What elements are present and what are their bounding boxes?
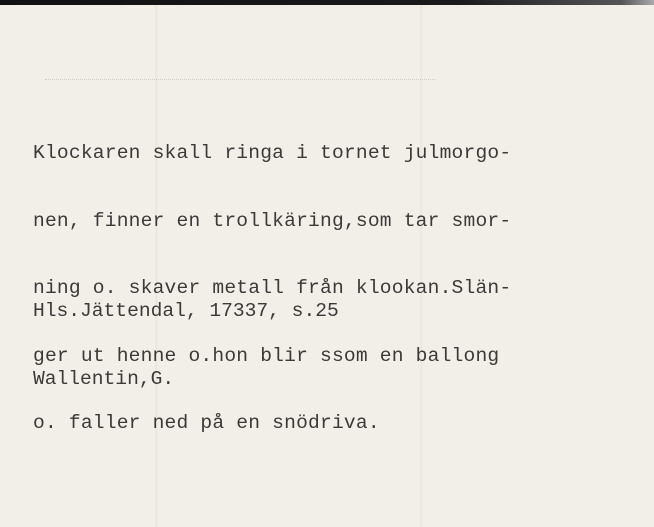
body-line: Klockaren skall ringa i tornet julmorgo- bbox=[33, 142, 511, 165]
collector-name: Wallentin,G. bbox=[33, 368, 339, 391]
place-reference: Hls.Jättendal, 17337, s.25 bbox=[33, 300, 339, 323]
faint-guide-line bbox=[45, 79, 435, 80]
body-line: nen, finner en trollkäring,som tar smor- bbox=[33, 210, 511, 233]
source-block: Hls.Jättendal, 17337, s.25 Wallentin,G. bbox=[33, 255, 339, 413]
body-line: o. faller ned på en snödriva. bbox=[33, 412, 511, 435]
